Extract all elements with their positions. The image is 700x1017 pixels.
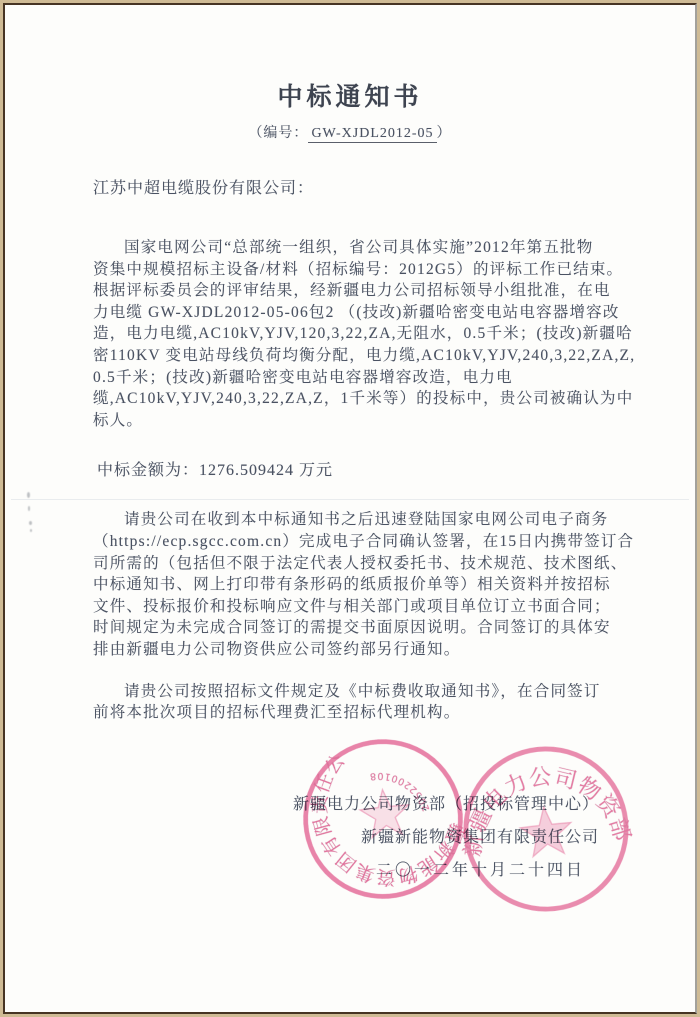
text-line: 标人。 — [93, 410, 655, 432]
text-line: 密110KV 变电站母线负荷均衡分配，电力缆,AC10kV,YJV,240,3,… — [93, 345, 655, 367]
document-page: 中标通知书 （编号：GW-XJDL2012-05） 江苏中超电缆股份有限公司： … — [3, 3, 697, 1014]
paragraph-contract-signing: 请贵公司在收到本中标通知书之后迅速登陆国家电网公司电子商务（https://ec… — [93, 509, 655, 660]
text-line: 时间规定为未完成合同签订的需提交书面原因说明。合同签订的具体安 — [93, 617, 655, 639]
text-line: 司所需的（包括但不限于法定代表人授权委托书、技术规范、技术图纸、 — [93, 553, 655, 575]
document-title: 中标通知书 — [5, 77, 695, 113]
text-line: 国家电网公司“总部统一组织，省公司具体实施”2012年第五批物 — [93, 237, 655, 259]
award-amount-value: 1276.509424 万元 — [199, 462, 333, 479]
text-line: 力电缆 GW-XJDL2012-05-06包2 （(技改)新疆哈密变电站电容器增… — [93, 302, 655, 324]
ref-suffix: ） — [437, 126, 452, 141]
text-line: 缆,AC10kV,YJV,240,3,22,ZA,Z，1千米等）的投标中，贵公司… — [93, 388, 655, 410]
award-amount-label: 中标金额为： — [97, 462, 199, 479]
scan-artifact-speck — [29, 521, 32, 525]
text-line: 请贵公司在收到本中标通知书之后迅速登陆国家电网公司电子商务 — [93, 509, 655, 531]
text-line: 根据评标委员会的评审结果，经新疆电力公司招标领导小组批准，在电 — [93, 280, 655, 302]
ref-code: GW-XJDL2012-05 — [308, 126, 436, 143]
paragraph-evaluation-result: 国家电网公司“总部统一组织，省公司具体实施”2012年第五批物资集中规模招标主设… — [93, 237, 655, 431]
scan-artifact-speck — [27, 492, 30, 498]
text-line: 文件、投标报价和投标响应文件与相关部门或项目单位订立书面合同； — [93, 596, 655, 618]
company-seal-right-icon: 新疆电力公司物资部 — [448, 731, 644, 927]
text-line: 请贵公司按照招标文件规定及《中标费收取通知书》，在合同签订 — [93, 681, 655, 703]
text-line: 排由新疆电力公司物资供应公司签约部另行通知。 — [93, 639, 655, 661]
award-amount-line: 中标金额为：1276.509424 万元 — [97, 457, 695, 480]
text-line: 资集中规模招标主设备/材料（招标编号：2012G5）的评标工作已结束。 — [93, 259, 655, 281]
scan-artifact-speck — [30, 529, 32, 532]
reference-number-line: （编号：GW-XJDL2012-05） — [5, 122, 695, 142]
recipient-line: 江苏中超电缆股份有限公司： — [93, 175, 695, 198]
text-line: （https://ecp.sgcc.com.cn）完成电子合同确认签署，在15日… — [93, 531, 655, 553]
text-line: 中标通知书、网上打印带有条形码的纸质报价单等）相关资料并按招标 — [93, 574, 655, 596]
scan-artifact-line — [11, 499, 689, 500]
text-line: 造，电力电缆,AC10kV,YJV,120,3,22,ZA,无阻水，0.5千米；… — [93, 323, 655, 345]
text-line: 0.5千米；(技改)新疆哈密变电站电容器增容改造，电力电 — [93, 367, 655, 389]
ref-prefix: （编号： — [248, 126, 308, 141]
scan-artifact-speck — [28, 506, 30, 511]
